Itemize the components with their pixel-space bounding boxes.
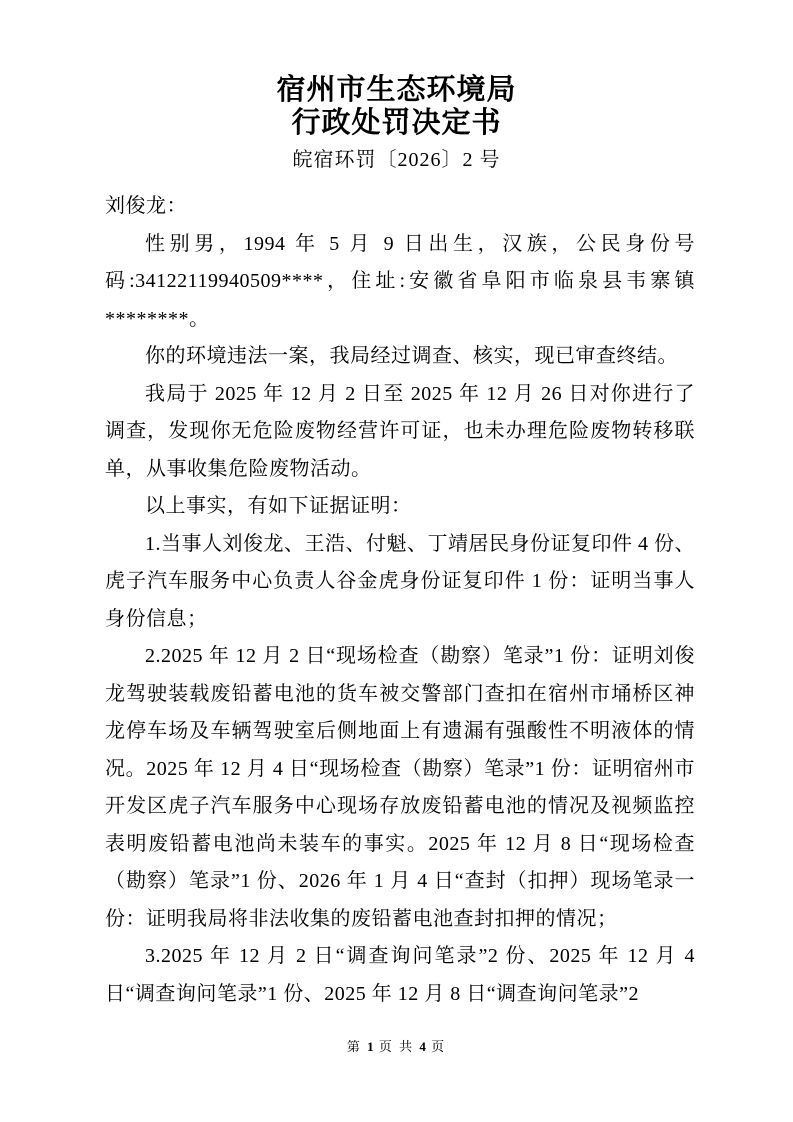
footer-label-suffix: 页 <box>431 1039 446 1054</box>
current-page-number: 1 <box>367 1039 374 1054</box>
footer-label-page: 页 <box>379 1039 394 1054</box>
paragraph-evidence-2: 2.2025 年 12 月 2 日“现场检查（勘察）笔录”1 份：证明刘俊龙驾驶… <box>105 638 695 938</box>
footer-label-prefix: 第 <box>347 1039 362 1054</box>
salutation: 刘俊龙： <box>105 188 695 226</box>
document-page: 宿州市生态环境局 行政处罚决定书 皖宿环罚〔2026〕2 号 刘俊龙： 性别男，… <box>0 0 793 1122</box>
document-title-line2: 行政处罚决定书 <box>0 107 793 140</box>
document-body: 刘俊龙： 性别男，1994 年 5 月 9 日出生，汉族，公民身份号码:3412… <box>105 188 695 1013</box>
total-pages-number: 4 <box>419 1039 426 1054</box>
paragraph-case-intro: 你的环境违法一案，我局经过调查、核实，现已审查终结。 <box>105 338 695 376</box>
paragraph-personal-info: 性别男，1994 年 5 月 9 日出生，汉族，公民身份号码:341221199… <box>105 226 695 339</box>
paragraph-evidence-3: 3.2025 年 12 月 2 日“调查询问笔录”2 份、2025 年 12 月… <box>105 938 695 1013</box>
document-title-line1: 宿州市生态环境局 <box>0 74 793 107</box>
footer-label-total: 共 <box>399 1039 414 1054</box>
paragraph-evidence-1: 1.当事人刘俊龙、王浩、付魁、丁靖居民身份证复印件 4 份、虎子汽车服务中心负责… <box>105 526 695 639</box>
paragraph-evidence-intro: 以上事实，有如下证据证明： <box>105 488 695 526</box>
document-number: 皖宿环罚〔2026〕2 号 <box>0 149 793 172</box>
document-title: 宿州市生态环境局 行政处罚决定书 <box>0 74 793 140</box>
paragraph-investigation: 我局于 2025 年 12 月 2 日至 2025 年 12 月 26 日对你进… <box>105 376 695 489</box>
page-footer: 第 1 页 共 4 页 <box>0 1038 793 1056</box>
